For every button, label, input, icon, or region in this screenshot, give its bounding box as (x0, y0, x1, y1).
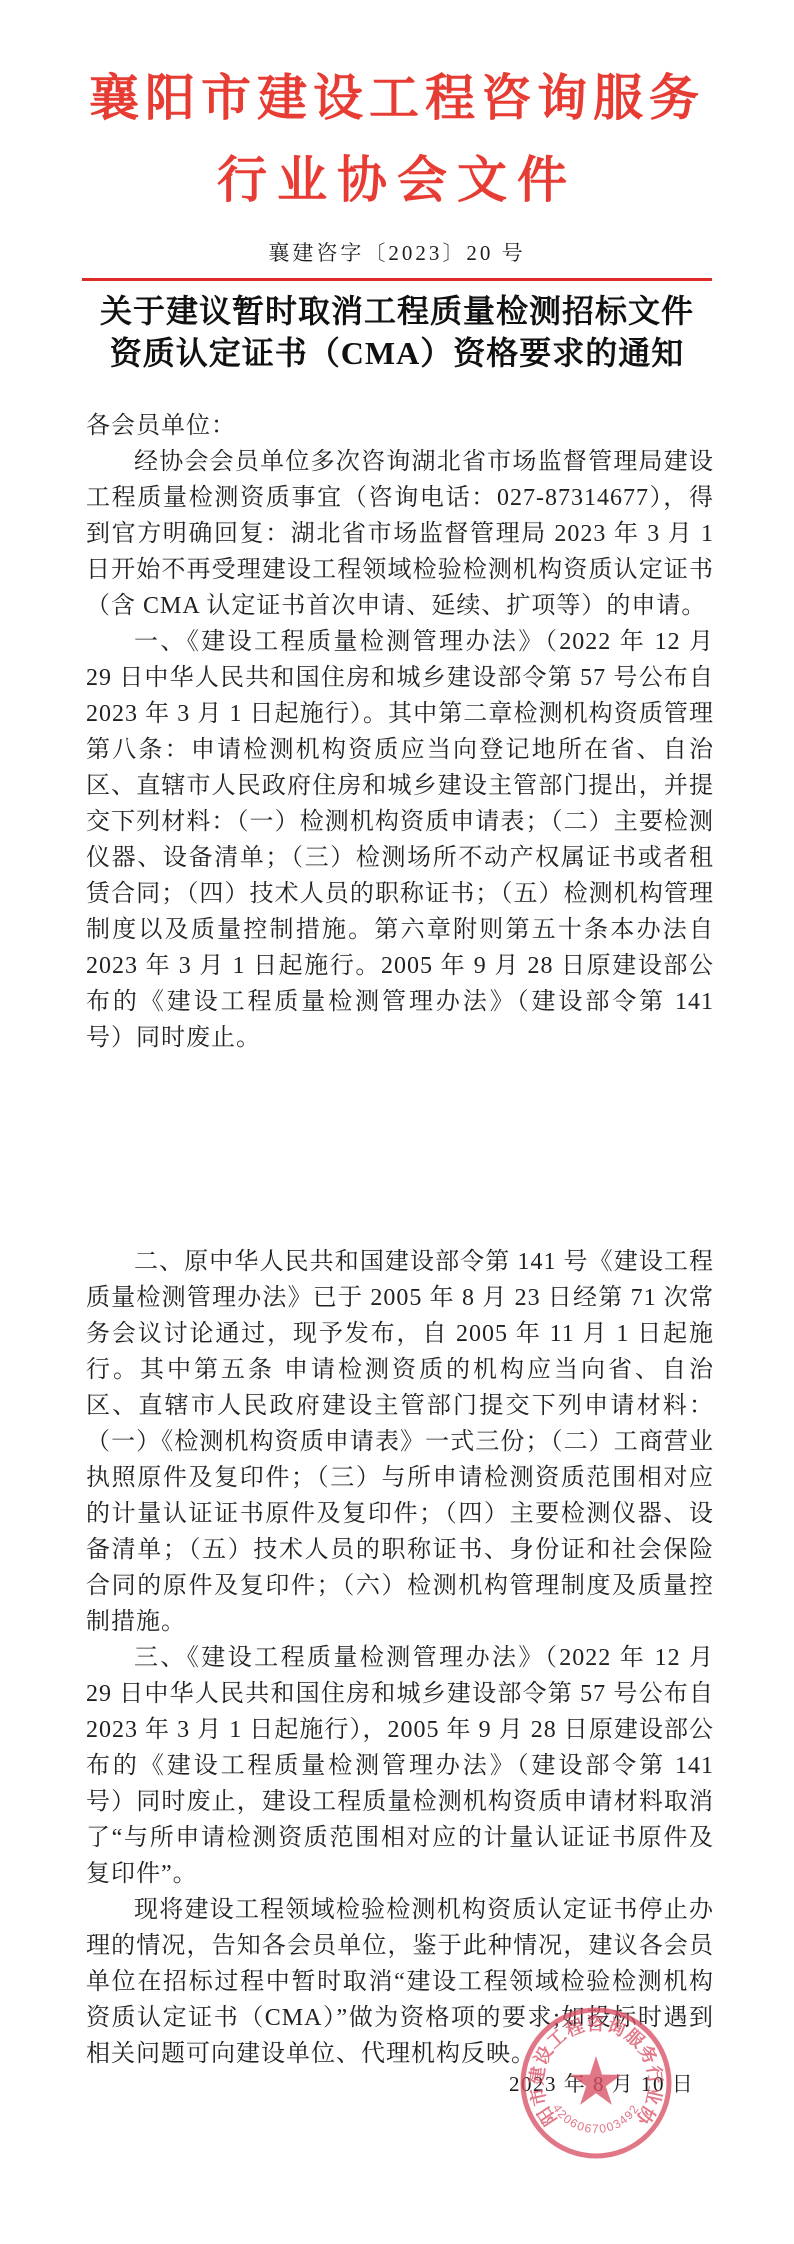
org-title-line2: 行业协会文件 (0, 150, 794, 210)
paragraph-item-one: 一、《建设工程质量检测管理办法》（2022 年 12 月 29 日中华人民共和国… (86, 624, 714, 1056)
official-document-page: 襄阳市建设工程咨询服务 行业协会文件 襄建咨字〔2023〕20 号 关于建议暂时… (0, 0, 794, 2244)
notice-title-line2: 资质认定证书（CMA）资格要求的通知 (0, 332, 794, 374)
document-number: 襄建咨字〔2023〕20 号 (0, 240, 794, 266)
paragraph-intro: 经协会会员单位多次咨询湖北省市场监督管理局建设工程质量检测资质事宜（咨询电话：0… (86, 444, 714, 624)
paragraph-item-two: 二、原中华人民共和国建设部令第 141 号《建设工程质量检测管理办法》已于 20… (86, 1244, 714, 1640)
seal-serial-number: 4206067003492 (550, 2102, 642, 2136)
paragraph-closing: 现将建设工程领域检验检测机构资质认定证书停止办理的情况，告知各会员单位，鉴于此种… (86, 1892, 714, 2072)
notice-title-line1: 关于建议暂时取消工程质量检测招标文件 (0, 290, 794, 332)
issue-date: 2023 年 8 月 10 日 (509, 2068, 694, 2098)
page-break-gap (86, 1056, 714, 1244)
paragraph-item-three: 三、《建设工程质量检测管理办法》（2022 年 12 月 29 日中华人民共和国… (86, 1640, 714, 1892)
notice-body: 各会员单位： 经协会会员单位多次咨询湖北省市场监督管理局建设工程质量检测资质事宜… (86, 408, 714, 2072)
svg-text:4206067003492: 4206067003492 (550, 2102, 642, 2136)
salutation: 各会员单位： (86, 408, 714, 444)
red-divider-rule (82, 278, 712, 281)
org-title-line1: 襄阳市建设工程咨询服务 (0, 0, 794, 128)
